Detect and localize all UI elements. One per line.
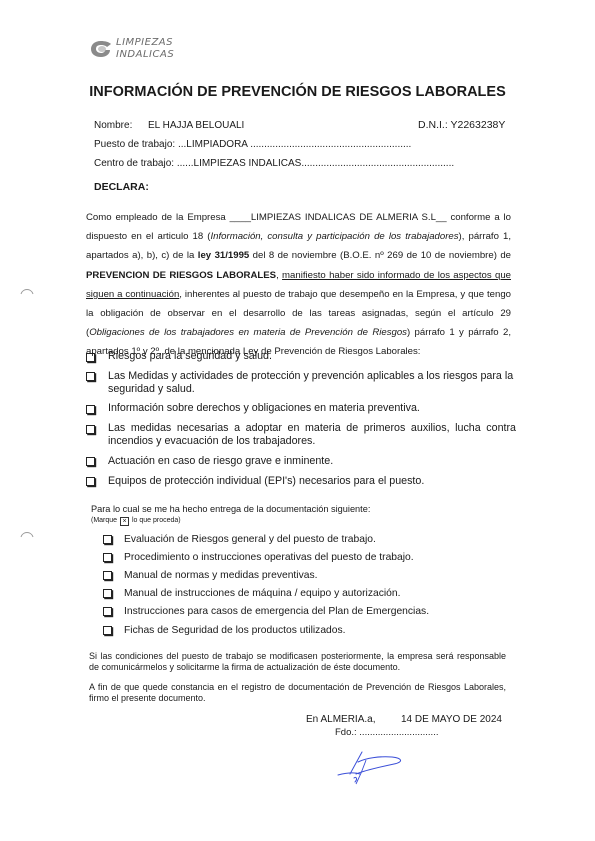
aspect-item: Información sobre derechos y obligacione… <box>86 402 516 415</box>
checkbox-icon[interactable] <box>103 607 112 616</box>
checkbox-icon[interactable] <box>86 457 95 466</box>
checkbox-icon[interactable] <box>103 589 112 598</box>
checkbox-icon[interactable] <box>86 477 95 486</box>
signature-line: Fdo.: .............................. <box>335 727 438 738</box>
documentation-item: Fichas de Seguridad de los productos uti… <box>103 621 503 639</box>
aspect-item: Riesgos para la seguridad y salud. <box>86 350 516 363</box>
centro-label: Centro de trabajo: <box>94 158 174 169</box>
documentation-label: Manual de normas y medidas preventivas. <box>124 570 317 581</box>
nombre-value: EL HAJJA BELOUALI <box>148 120 244 131</box>
checked-box-icon: × <box>120 517 129 526</box>
page-title: INFORMACIÓN DE PREVENCIÓN DE RIESGOS LAB… <box>0 84 595 100</box>
declaration-paragraph: Como empleado de la Empresa ____LIMPIEZA… <box>86 208 511 362</box>
hole-punch-mark-icon <box>20 528 34 538</box>
aspect-label: Las medidas necesarias a adoptar en mate… <box>108 422 516 448</box>
aspects-list: Riesgos para la seguridad y salud. Las M… <box>86 350 516 494</box>
dni-value: Y2263238Y <box>451 119 506 131</box>
checkbox-icon[interactable] <box>86 353 95 362</box>
hint-suffix: lo que proceda) <box>132 517 181 524</box>
logo-line-1: LIMPIEZAS <box>116 38 174 48</box>
aspect-label: Actuación en caso de riesgo grave e inmi… <box>108 455 333 468</box>
documentation-hint: (Marque × lo que proceda) <box>91 517 181 526</box>
declara-heading: DECLARA: <box>94 181 149 193</box>
documentation-item: Procedimiento o instrucciones operativas… <box>103 548 503 566</box>
documentation-item: Evaluación de Riesgos general y del pues… <box>103 530 503 548</box>
checkbox-icon[interactable] <box>103 553 112 562</box>
documentation-item: Manual de instrucciones de máquina / equ… <box>103 585 503 603</box>
checkbox-icon[interactable] <box>86 425 95 434</box>
aspect-label: Riesgos para la seguridad y salud. <box>108 350 272 363</box>
hole-punch-mark-icon <box>20 285 34 295</box>
documentation-label: Manual de instrucciones de máquina / equ… <box>124 588 400 599</box>
aspect-label: Las Medidas y actividades de protección … <box>108 370 516 396</box>
puesto-value: ...LIMPIADORA ..........................… <box>178 139 411 150</box>
checkbox-icon[interactable] <box>86 372 95 381</box>
documentation-intro: Para lo cual se me ha hecho entrega de l… <box>91 504 370 514</box>
documentation-list: Evaluación de Riesgos general y del pues… <box>103 530 503 639</box>
checkbox-icon[interactable] <box>103 626 112 635</box>
documentation-label: Instrucciones para casos de emergencia d… <box>124 606 429 617</box>
logo-line-2: INDALICAS <box>116 50 174 60</box>
aspect-item: Actuación en caso de riesgo grave e inmi… <box>86 455 516 468</box>
decl-italic-2: Obligaciones de los trabajadores en mate… <box>89 327 407 338</box>
checkbox-icon[interactable] <box>103 535 112 544</box>
decl-italic-1: Información, consulta y participación de… <box>211 231 459 242</box>
decl-law-name: PREVENCION DE RIESGOS LABORALES <box>86 270 276 281</box>
checkbox-icon[interactable] <box>103 571 112 580</box>
aspect-label: Información sobre derechos y obligacione… <box>108 402 420 415</box>
dni-label: D.N.I.: <box>418 119 448 131</box>
puesto-label: Puesto de trabajo: <box>94 139 175 150</box>
aspect-item: Las medidas necesarias a adoptar en mate… <box>86 422 516 448</box>
documentation-label: Procedimiento o instrucciones operativas… <box>124 552 414 563</box>
centro-value: ......LIMPIEZAS INDALICAS...............… <box>177 158 454 169</box>
checkbox-icon[interactable] <box>86 405 95 414</box>
decl-text-3: del 8 de noviembre (B.O.E. nº 269 de 10 … <box>249 250 511 261</box>
hint-prefix: (Marque <box>91 517 117 524</box>
documentation-label: Evaluación de Riesgos general y del pues… <box>124 534 376 545</box>
signature-icon <box>336 748 416 788</box>
aspect-item: Las Medidas y actividades de protección … <box>86 370 516 396</box>
documentation-item: Instrucciones para casos de emergencia d… <box>103 603 503 621</box>
aspect-label: Equipos de protección individual (EPI's)… <box>108 475 424 488</box>
company-logo: LIMPIEZAS INDALICAS <box>90 38 230 62</box>
footer-paragraph-2: A fin de que quede constancia en el regi… <box>89 682 506 704</box>
decl-law-ref: ley 31/1995 <box>198 250 249 261</box>
footer-paragraph-1: Si las condiciones del puesto de trabajo… <box>89 651 506 673</box>
company-logo-icon <box>90 39 112 59</box>
aspect-item: Equipos de protección individual (EPI's)… <box>86 475 516 488</box>
place-label: En ALMERIA.a, <box>306 714 375 725</box>
nombre-label: Nombre: <box>94 120 132 131</box>
documentation-item: Manual de normas y medidas preventivas. <box>103 566 503 584</box>
date-value: 14 DE MAYO DE 2024 <box>401 714 502 725</box>
documentation-label: Fichas de Seguridad de los productos uti… <box>124 625 346 636</box>
